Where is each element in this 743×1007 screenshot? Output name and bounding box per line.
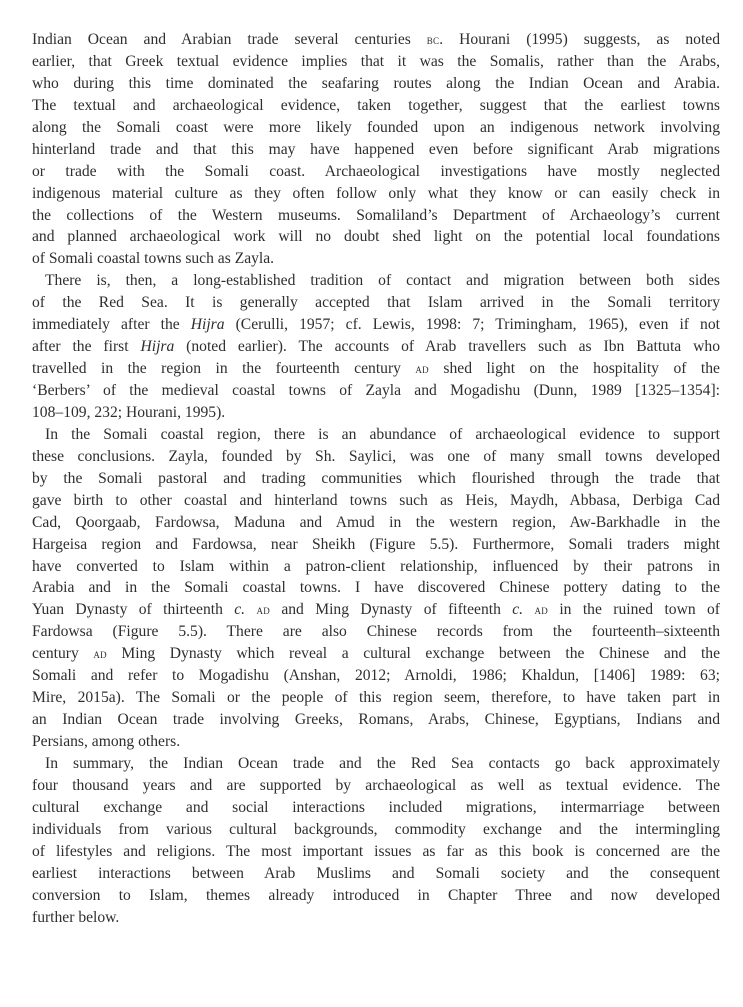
text-line: further below. [32,907,720,929]
text-line: individuals from various cultural backgr… [32,819,720,841]
text-line: after the first Hijra (noted earlier). T… [32,336,720,358]
text-line: conversion to Islam, themes already intr… [32,885,720,907]
text-line: Arabia and in the Somali coastal towns. … [32,577,720,599]
text-line: gave birth to other coastal and hinterla… [32,490,720,512]
text-line: Persians, among others. [32,731,720,753]
text-line: In the Somali coastal region, there is a… [32,424,720,446]
text-line: 108–109, 232; Hourani, 1995). [32,402,720,424]
text-line: or trade with the Somali coast. Archaeol… [32,161,720,183]
era-abbreviation: ad [534,603,548,617]
italic-term: Hijra [191,316,225,333]
era-abbreviation: ad [93,647,107,661]
text-line: the collections of the Western museums. … [32,205,720,227]
era-abbreviation: ad [415,362,429,376]
text-line: who during this time dominated the seafa… [32,73,720,95]
text-line: There is, then, a long-established tradi… [32,270,720,292]
text-line: four thousand years and are supported by… [32,775,720,797]
era-abbreviation: ad [256,603,270,617]
text-line: indigenous material culture as they ofte… [32,183,720,205]
text-line: Somali and refer to Mogadishu (Anshan, 2… [32,665,720,687]
text-line: and planned archaeological work will no … [32,226,720,248]
paragraph-2: There is, then, a long-established tradi… [32,270,720,424]
italic-term: c. [234,601,245,618]
paragraph-1: Indian Ocean and Arabian trade several c… [32,29,720,270]
paragraph-4: In summary, the Indian Ocean trade and t… [32,753,720,929]
text-line: hinterland trade and that this may have … [32,139,720,161]
text-line: an Indian Ocean trade involving Greeks, … [32,709,720,731]
text-line: of lifestyles and religions. The most im… [32,841,720,863]
text-line: Hargeisa region and Fardowsa, near Sheik… [32,534,720,556]
text-line: The textual and archaeological evidence,… [32,95,720,117]
text-line: by the Somali pastoral and trading commu… [32,468,720,490]
text-line: of Somali coastal towns such as Zayla. [32,248,720,270]
text-line: In summary, the Indian Ocean trade and t… [32,753,720,775]
italic-term: Hijra [140,338,174,355]
text-line: century ad Ming Dynasty which reveal a c… [32,643,720,665]
text-line: cultural exchange and social interaction… [32,797,720,819]
text-line: Fardowsa (Figure 5.5). There are also Ch… [32,621,720,643]
text-line: earlier, that Greek textual evidence imp… [32,51,720,73]
era-abbreviation: bc [427,33,440,47]
text-line: these conclusions. Zayla, founded by Sh.… [32,446,720,468]
text-line: ‘Berbers’ of the medieval coastal towns … [32,380,720,402]
text-line: Cad, Qoorgaab, Fardowsa, Maduna and Amud… [32,512,720,534]
paragraph-3: In the Somali coastal region, there is a… [32,424,720,753]
text-line: have converted to Islam within a patron-… [32,556,720,578]
text-line: Mire, 2015a). The Somali or the people o… [32,687,720,709]
text-line: earliest interactions between Arab Musli… [32,863,720,885]
document-page: Indian Ocean and Arabian trade several c… [32,29,720,928]
text-line: along the Somali coast were more likely … [32,117,720,139]
text-line: immediately after the Hijra (Cerulli, 19… [32,314,720,336]
text-line: Indian Ocean and Arabian trade several c… [32,29,720,51]
text-line: of the Red Sea. It is generally accepted… [32,292,720,314]
text-line: Yuan Dynasty of thirteenth c. ad and Min… [32,599,720,621]
italic-term: c. [512,601,523,618]
text-line: travelled in the region in the fourteent… [32,358,720,380]
